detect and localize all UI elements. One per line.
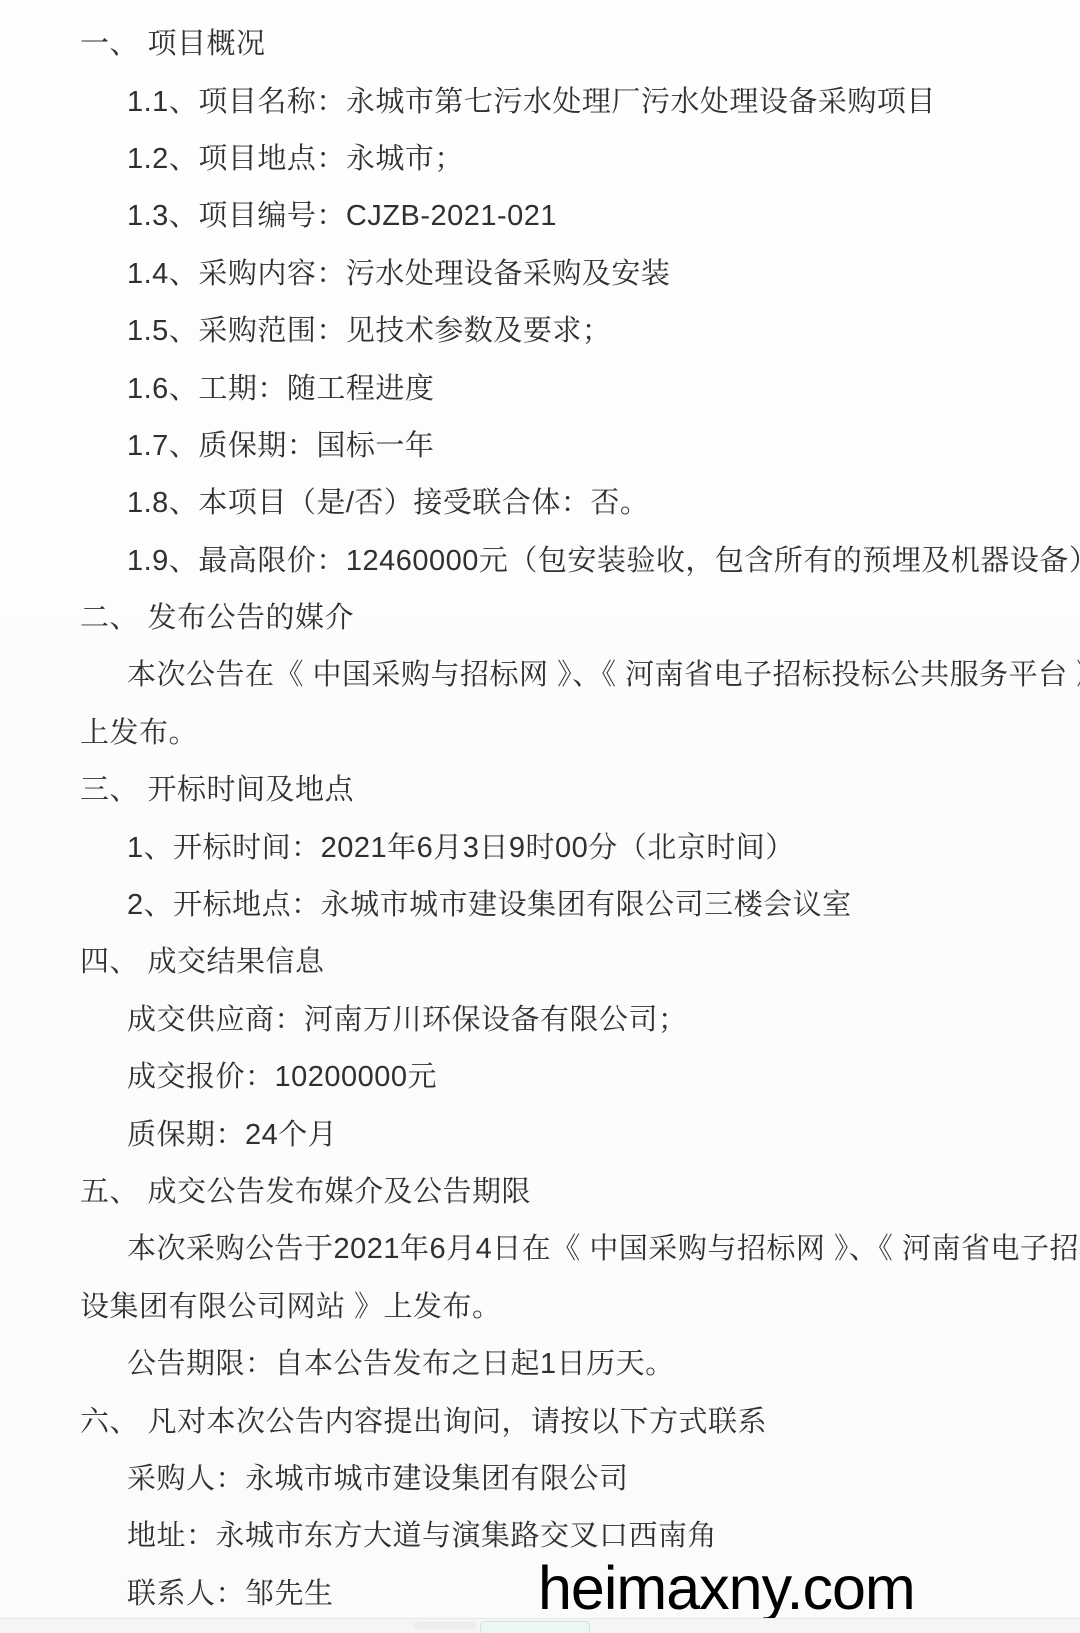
doc-line: 成交报价：10200000元 <box>0 1046 1080 1103</box>
bottom-bar <box>0 1618 1080 1633</box>
doc-line: 1.8、本项目（是/否）接受联合体：否。 <box>0 472 1080 529</box>
doc-line: 1.4、采购内容：污水处理设备采购及安装 <box>0 243 1080 300</box>
section-heading: 二、 发布公告的媒介 <box>0 587 1080 644</box>
doc-line: 1.1、项目名称：永城市第七污水处理厂污水处理设备采购项目 <box>0 70 1080 127</box>
doc-line: 1.6、工期：随工程进度 <box>0 357 1080 414</box>
doc-line: 1.2、项目地点：永城市； <box>0 128 1080 185</box>
section-heading: 四、 成交结果信息 <box>0 931 1080 988</box>
doc-line: 1.5、采购范围：见技术参数及要求； <box>0 300 1080 357</box>
section-heading: 六、 凡对本次公告内容提出询问，请按以下方式联系 <box>0 1390 1080 1447</box>
doc-line: 设集团有限公司网站 》上发布。 <box>0 1276 1080 1333</box>
doc-line: 1、开标时间：2021年6月3日9时00分（北京时间） <box>0 816 1080 873</box>
watermark-text: heimaxny.com <box>538 1558 915 1619</box>
doc-line: 本次公告在《 中国采购与招标网 》、《 河南省电子招标投标公共服务平台 》、 <box>0 644 1080 701</box>
doc-line: 成交供应商：河南万川环保设备有限公司； <box>0 989 1080 1046</box>
doc-line: 1.3、项目编号：CJZB-2021-021 <box>0 185 1080 242</box>
section-heading: 三、 开标时间及地点 <box>0 759 1080 816</box>
bottom-bar-smudge <box>414 1622 476 1629</box>
doc-line: 公告期限：自本公告发布之日起1日历天。 <box>0 1333 1080 1390</box>
doc-line: 2、开标地点：永城市城市建设集团有限公司三楼会议室 <box>0 874 1080 931</box>
doc-line: 1.9、最高限价：12460000元（包安装验收，包含所有的预埋及机器设备） <box>0 530 1080 587</box>
document-page: 一、 项目概况 1.1、项目名称：永城市第七污水处理厂污水处理设备采购项目 1.… <box>0 0 1080 1633</box>
doc-line: 本次采购公告于2021年6月4日在《 中国采购与招标网 》、《 河南省电子招标投 <box>0 1218 1080 1275</box>
doc-line: 上发布。 <box>0 702 1080 759</box>
section-heading: 一、 项目概况 <box>0 13 1080 70</box>
section-heading: 五、 成交公告发布媒介及公告期限 <box>0 1161 1080 1218</box>
bottom-bar-accent <box>480 1621 590 1633</box>
doc-line: 1.7、质保期：国标一年 <box>0 415 1080 472</box>
doc-line: 质保期：24个月 <box>0 1103 1080 1160</box>
announcement-body: 一、 项目概况 1.1、项目名称：永城市第七污水处理厂污水处理设备采购项目 1.… <box>0 13 1080 1620</box>
doc-line: 采购人：永城市城市建设集团有限公司 <box>0 1448 1080 1505</box>
